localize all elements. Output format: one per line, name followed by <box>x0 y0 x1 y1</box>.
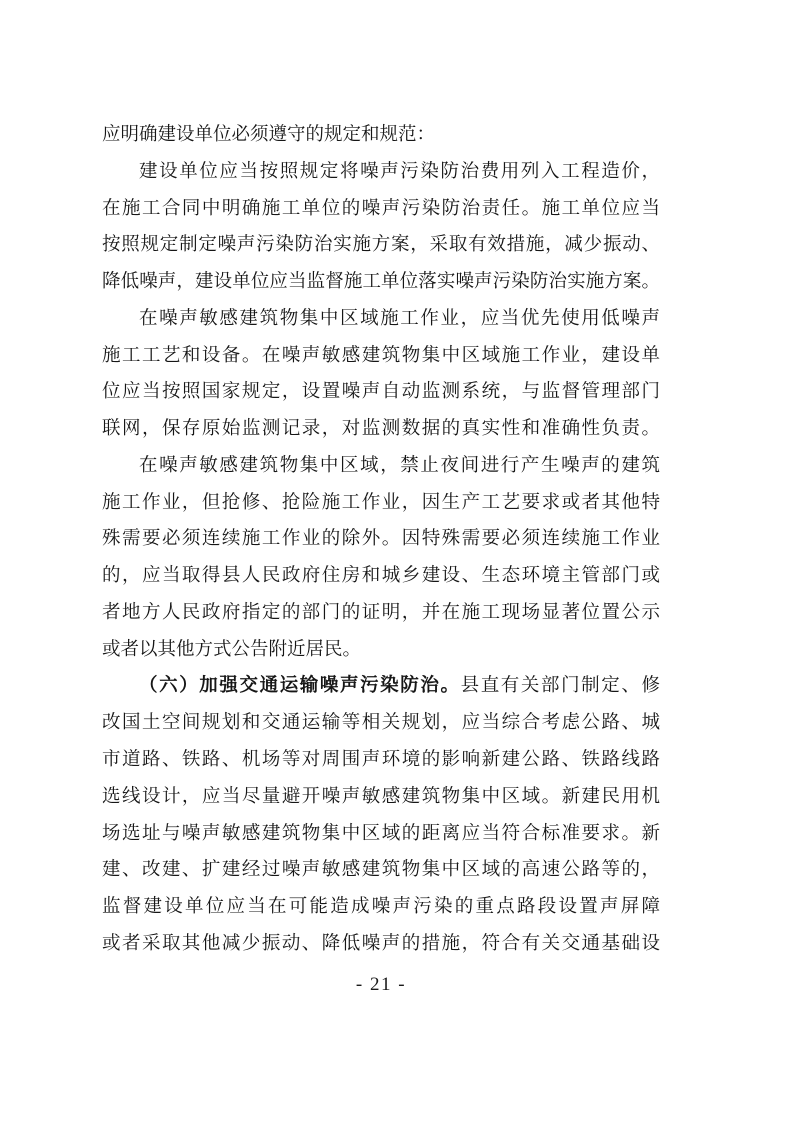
text-line: 应明确建设单位必须遵守的规定和规范： <box>102 117 660 154</box>
text-line: 施工工艺和设备。在噪声敏感建筑物集中区域施工作业，建设单 <box>102 338 660 375</box>
text-line: 在噪声敏感建筑物集中区域施工作业，应当优先使用低噪声 <box>102 301 660 338</box>
text-line: 殊需要必须连续施工作业的除外。因特殊需要必须连续施工作业 <box>102 521 660 558</box>
text-line: 位应当按照国家规定，设置噪声自动监测系统，与监督管理部门 <box>102 374 660 411</box>
text-line: 选线设计，应当尽量避开噪声敏感建筑物集中区域。新建民用机 <box>102 779 660 816</box>
section-heading: （六）加强交通运输噪声污染防治。 <box>139 676 461 696</box>
page-number: - 21 - <box>102 974 660 996</box>
text-line: 施工作业，但抢修、抢险施工作业，因生产工艺要求或者其他特 <box>102 485 660 522</box>
text-line: 按照规定制定噪声污染防治实施方案，采取有效措施，减少振动、 <box>102 227 660 264</box>
text-line: 者地方人民政府指定的部门的证明，并在施工现场显著位置公示 <box>102 595 660 632</box>
text-line: （六）加强交通运输噪声污染防治。县直有关部门制定、修 <box>102 668 660 705</box>
text-line: 改国土空间规划和交通运输等相关规划，应当综合考虑公路、城 <box>102 705 660 742</box>
text-line: 联网，保存原始监测记录，对监测数据的真实性和准确性负责。 <box>102 411 660 448</box>
document-body-text: 应明确建设单位必须遵守的规定和规范：建设单位应当按照规定将噪声污染防治费用列入工… <box>102 117 660 963</box>
text-line: 或者以其他方式公告附近居民。 <box>102 632 660 669</box>
text-line: 市道路、铁路、机场等对周围声环境的影响新建公路、铁路线路 <box>102 742 660 779</box>
text-line: 在噪声敏感建筑物集中区域，禁止夜间进行产生噪声的建筑 <box>102 448 660 485</box>
text-line: 或者采取其他减少振动、降低噪声的措施，符合有关交通基础设 <box>102 926 660 963</box>
text-line: 在施工合同中明确施工单位的噪声污染防治责任。施工单位应当 <box>102 191 660 228</box>
text-line: 监督建设单位应当在可能造成噪声污染的重点路段设置声屏障 <box>102 889 660 926</box>
text-line: 场选址与噪声敏感建筑物集中区域的距离应当符合标准要求。新 <box>102 816 660 853</box>
text-line: 降低噪声，建设单位应当监督施工单位落实噪声污染防治实施方案。 <box>102 264 660 301</box>
document-page: 应明确建设单位必须遵守的规定和规范：建设单位应当按照规定将噪声污染防治费用列入工… <box>0 0 793 1122</box>
text-line: 的，应当取得县人民政府住房和城乡建设、生态环境主管部门或 <box>102 558 660 595</box>
text-line: 建设单位应当按照规定将噪声污染防治费用列入工程造价， <box>102 154 660 191</box>
text-line: 建、改建、扩建经过噪声敏感建筑物集中区域的高速公路等的， <box>102 852 660 889</box>
